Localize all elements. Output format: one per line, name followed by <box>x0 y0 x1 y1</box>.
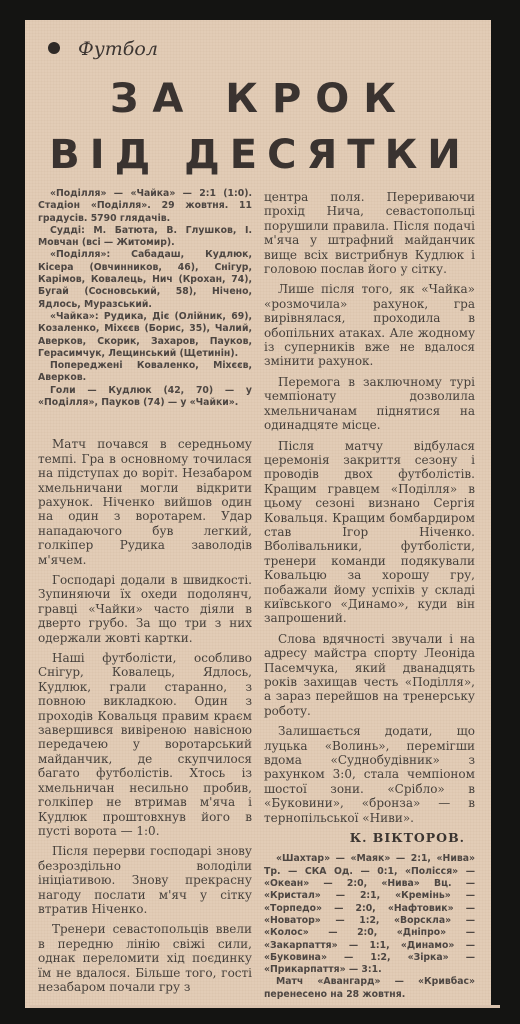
bullet-icon <box>48 42 60 54</box>
match-info-line: «Поділля»: Сабадаш, Кудлюк, Кісера (Овчи… <box>38 249 252 310</box>
headline-line-2: ВІД ДЕСЯТКИ <box>0 132 520 178</box>
paragraph: Тренери севастопольців ввели в передню л… <box>38 922 252 994</box>
round-results: «Шахтар» — «Маяк» — 2:1, «Нива» Тр. — СК… <box>264 853 475 1001</box>
match-info-line: Судді: М. Батюта, В. Глушков, І. Мовчан … <box>38 225 252 250</box>
paragraph: Залишається додати, що луцька «Волинь», … <box>264 724 475 825</box>
results-line: «Шахтар» — «Маяк» — 2:1, «Нива» Тр. — СК… <box>264 853 475 976</box>
author-signature: К. ВІКТОРОВ. <box>264 831 465 845</box>
paragraph: Перемога в заключному турі чемпіонату до… <box>264 375 475 433</box>
match-info-line: Голи — Кудлюк (42, 70) — у «Поділля», Па… <box>38 385 252 410</box>
match-info: «Поділля» — «Чайка» — 2:1 (1:0). Стадіон… <box>38 188 252 409</box>
left-column: «Поділля» — «Чайка» — 2:1 (1:0). Стадіон… <box>38 188 252 1000</box>
paragraph: центра поля. Перериваючи прохід Нича, се… <box>264 190 475 276</box>
paragraph: Після матчу відбулася церемонія закриття… <box>264 439 475 626</box>
section-rubric: Футбол <box>48 38 158 60</box>
right-column: центра поля. Перериваючи прохід Нича, се… <box>264 190 475 1001</box>
paragraph: Після перерви господарі знову безрозділь… <box>38 844 252 916</box>
clipping-bottom-edge <box>30 1005 500 1008</box>
paragraph: Слова вдячності звучали і на адресу майс… <box>264 632 475 718</box>
paragraph: Лише після того, як «Чайка» «розмочила» … <box>264 282 475 368</box>
rubric-label: Футбол <box>78 38 158 60</box>
paragraph: Господарі додали в швидкості. Зупиняючи … <box>38 573 252 645</box>
match-info-line: Попереджені Коваленко, Міхєєв, Аверков. <box>38 360 252 385</box>
results-line: Матч «Авангард» — «Кривбас» перенесено н… <box>264 976 475 1001</box>
article-body-left: Матч почався в середньому темпі. Гра в о… <box>38 437 252 994</box>
match-info-line: «Чайка»: Рудика, Діє (Олійник, 69), Коза… <box>38 311 252 360</box>
paragraph: Матч почався в середньому темпі. Гра в о… <box>38 437 252 567</box>
headline-line-1: ЗА КРОК <box>0 76 520 122</box>
match-info-line: «Поділля» — «Чайка» — 2:1 (1:0). Стадіон… <box>38 188 252 225</box>
paragraph: Наші футболісти, особливо Снігур, Ковале… <box>38 651 252 838</box>
